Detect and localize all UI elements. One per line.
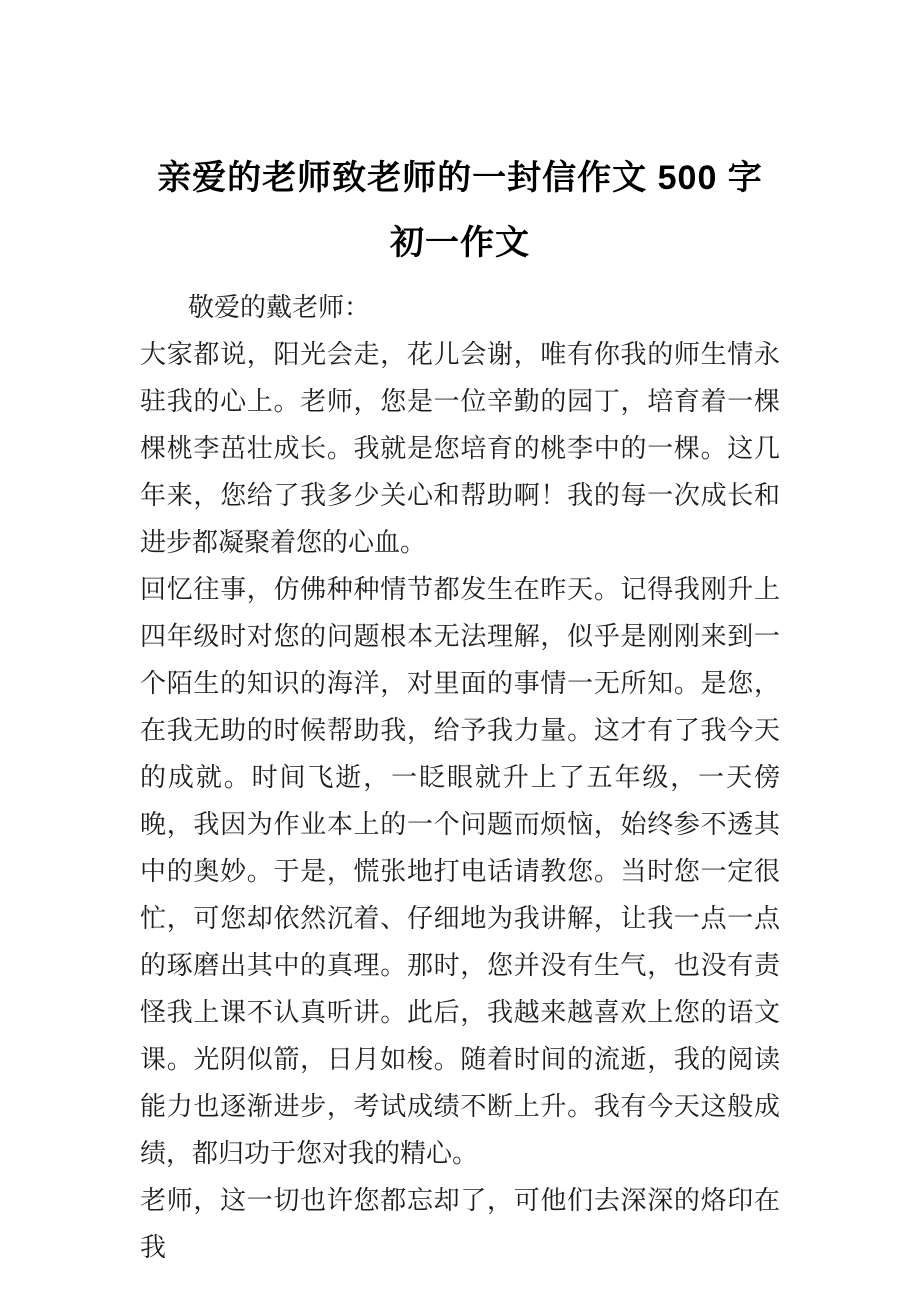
paragraph-1: 大家都说，阳光会走，花儿会谢，唯有你我的师生情永驻我的心上。老师，您是一位辛勤的… bbox=[140, 331, 780, 566]
paragraph-3: 老师，这一切也许您都忘却了，可他们去深深的烙印在我 bbox=[140, 1177, 780, 1271]
salutation: 敬爱的戴老师： bbox=[140, 284, 780, 331]
document-title: 亲爱的老师致老师的一封信作文 500 字初一作文 bbox=[140, 146, 780, 276]
document-page: 亲爱的老师致老师的一封信作文 500 字初一作文 敬爱的戴老师： 大家都说，阳光… bbox=[0, 0, 920, 1302]
document-body: 敬爱的戴老师： 大家都说，阳光会走，花儿会谢，唯有你我的师生情永驻我的心上。老师… bbox=[140, 284, 780, 1271]
paragraph-2: 回忆往事，仿佛种种情节都发生在昨天。记得我刚升上四年级时对您的问题根本无法理解，… bbox=[140, 566, 780, 1177]
